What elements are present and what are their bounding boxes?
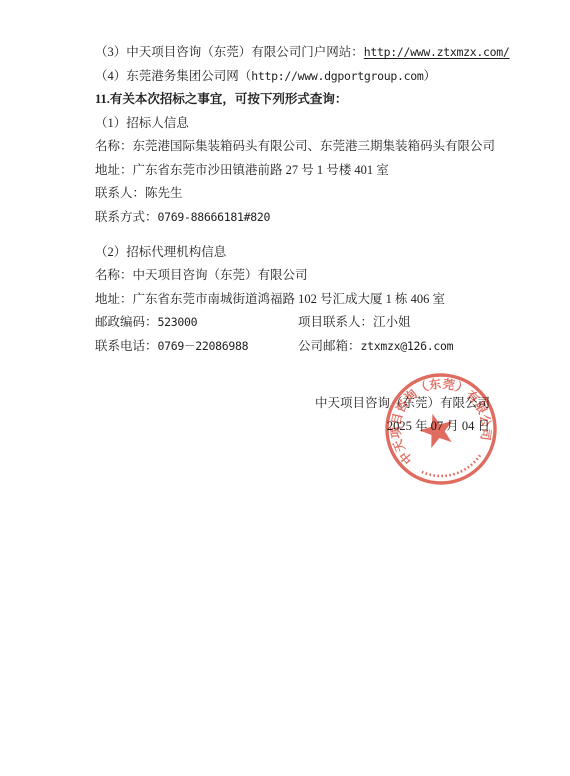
group-website-label: （4）东莞港务集团公司网（ [95,69,251,83]
agency-tel-row: 联系电话：0769－22086988 公司邮箱：ztxmzx@126.com [95,335,445,359]
agency-name-value: 中天项目咨询（东莞）有限公司 [133,268,308,282]
agency-address-label: 地址： [95,292,133,306]
agency-address-line: 地址：广东省东莞市南城街道鸿福路 102 号汇成大厦 1 栋 406 室 [95,288,445,312]
tenderer-name-line: 名称：东莞港国际集装箱码头有限公司、东莞港三期集装箱码头有限公司 [95,135,510,159]
agency-block: （2）招标代理机构信息 名称：中天项目咨询（东莞）有限公司 地址：广东省东莞市南… [95,241,445,359]
stamp-serial-marks [422,455,483,482]
signature-date: 2025 年 07 月 04 日 [315,415,490,439]
links-and-tenderer-block: （3）中天项目咨询（东莞）有限公司门户网站：http://www.ztxmzx.… [95,41,510,229]
tenderer-phone-label: 联系方式： [95,210,158,224]
portal-website-link[interactable]: http://www.ztxmzx.com/ [364,45,510,59]
agency-email-cell: 公司邮箱：ztxmzx@126.com [298,335,453,359]
agency-title: （2）招标代理机构信息 [95,241,445,265]
portal-website-label: （3）中天项目咨询（东莞）有限公司门户网站： [95,45,364,59]
agency-address-value: 广东省东莞市南城街道鸿福路 102 号汇成大厦 1 栋 406 室 [133,292,446,306]
section-11-heading: 11.有关本次招标之事宜，可按下列形式查询： [95,88,510,112]
tenderer-title: （1）招标人信息 [95,112,510,136]
agency-tel-value: 0769－22086988 [158,339,249,353]
agency-tel-label: 联系电话： [95,339,158,353]
agency-postal-row: 邮政编码：523000 项目联系人：江小姐 [95,311,445,335]
group-website-suffix: ） [423,69,436,83]
signature-block: 中天项目咨询（东莞）有限公司 2025 年 07 月 04 日 [315,392,490,439]
signature-company: 中天项目咨询（东莞）有限公司 [315,392,490,416]
agency-project-contact-cell: 项目联系人：江小姐 [298,311,411,335]
tenderer-contact-value: 陈先生 [145,186,183,200]
agency-project-contact-value: 江小姐 [373,315,411,329]
agency-name-line: 名称：中天项目咨询（东莞）有限公司 [95,264,445,288]
tenderer-address-value: 广东省东莞市沙田镇港前路 27 号 1 号楼 401 室 [133,163,389,177]
agency-email-value: ztxmzx@126.com [361,339,454,353]
tenderer-name-value: 东莞港国际集装箱码头有限公司、东莞港三期集装箱码头有限公司 [133,139,496,153]
tenderer-address-label: 地址： [95,163,133,177]
tenderer-contact-label: 联系人： [95,186,145,200]
tenderer-phone-value: 0769-88666181#820 [158,210,271,224]
group-website-url: http://www.dgportgroup.com [251,69,423,83]
tenderer-name-label: 名称： [95,139,133,153]
document-page: （3）中天项目咨询（东莞）有限公司门户网站：http://www.ztxmzx.… [0,0,570,776]
agency-email-label: 公司邮箱： [298,339,361,353]
agency-postal-label: 邮政编码： [95,315,158,329]
tenderer-phone-line: 联系方式：0769-88666181#820 [95,206,510,230]
agency-name-label: 名称： [95,268,133,282]
agency-project-contact-label: 项目联系人： [298,315,373,329]
group-website-line: （4）东莞港务集团公司网（http://www.dgportgroup.com） [95,65,510,89]
portal-website-line: （3）中天项目咨询（东莞）有限公司门户网站：http://www.ztxmzx.… [95,41,510,65]
tenderer-contact-line: 联系人：陈先生 [95,182,510,206]
agency-postal-value: 523000 [158,315,198,329]
tenderer-address-line: 地址：广东省东莞市沙田镇港前路 27 号 1 号楼 401 室 [95,159,510,183]
